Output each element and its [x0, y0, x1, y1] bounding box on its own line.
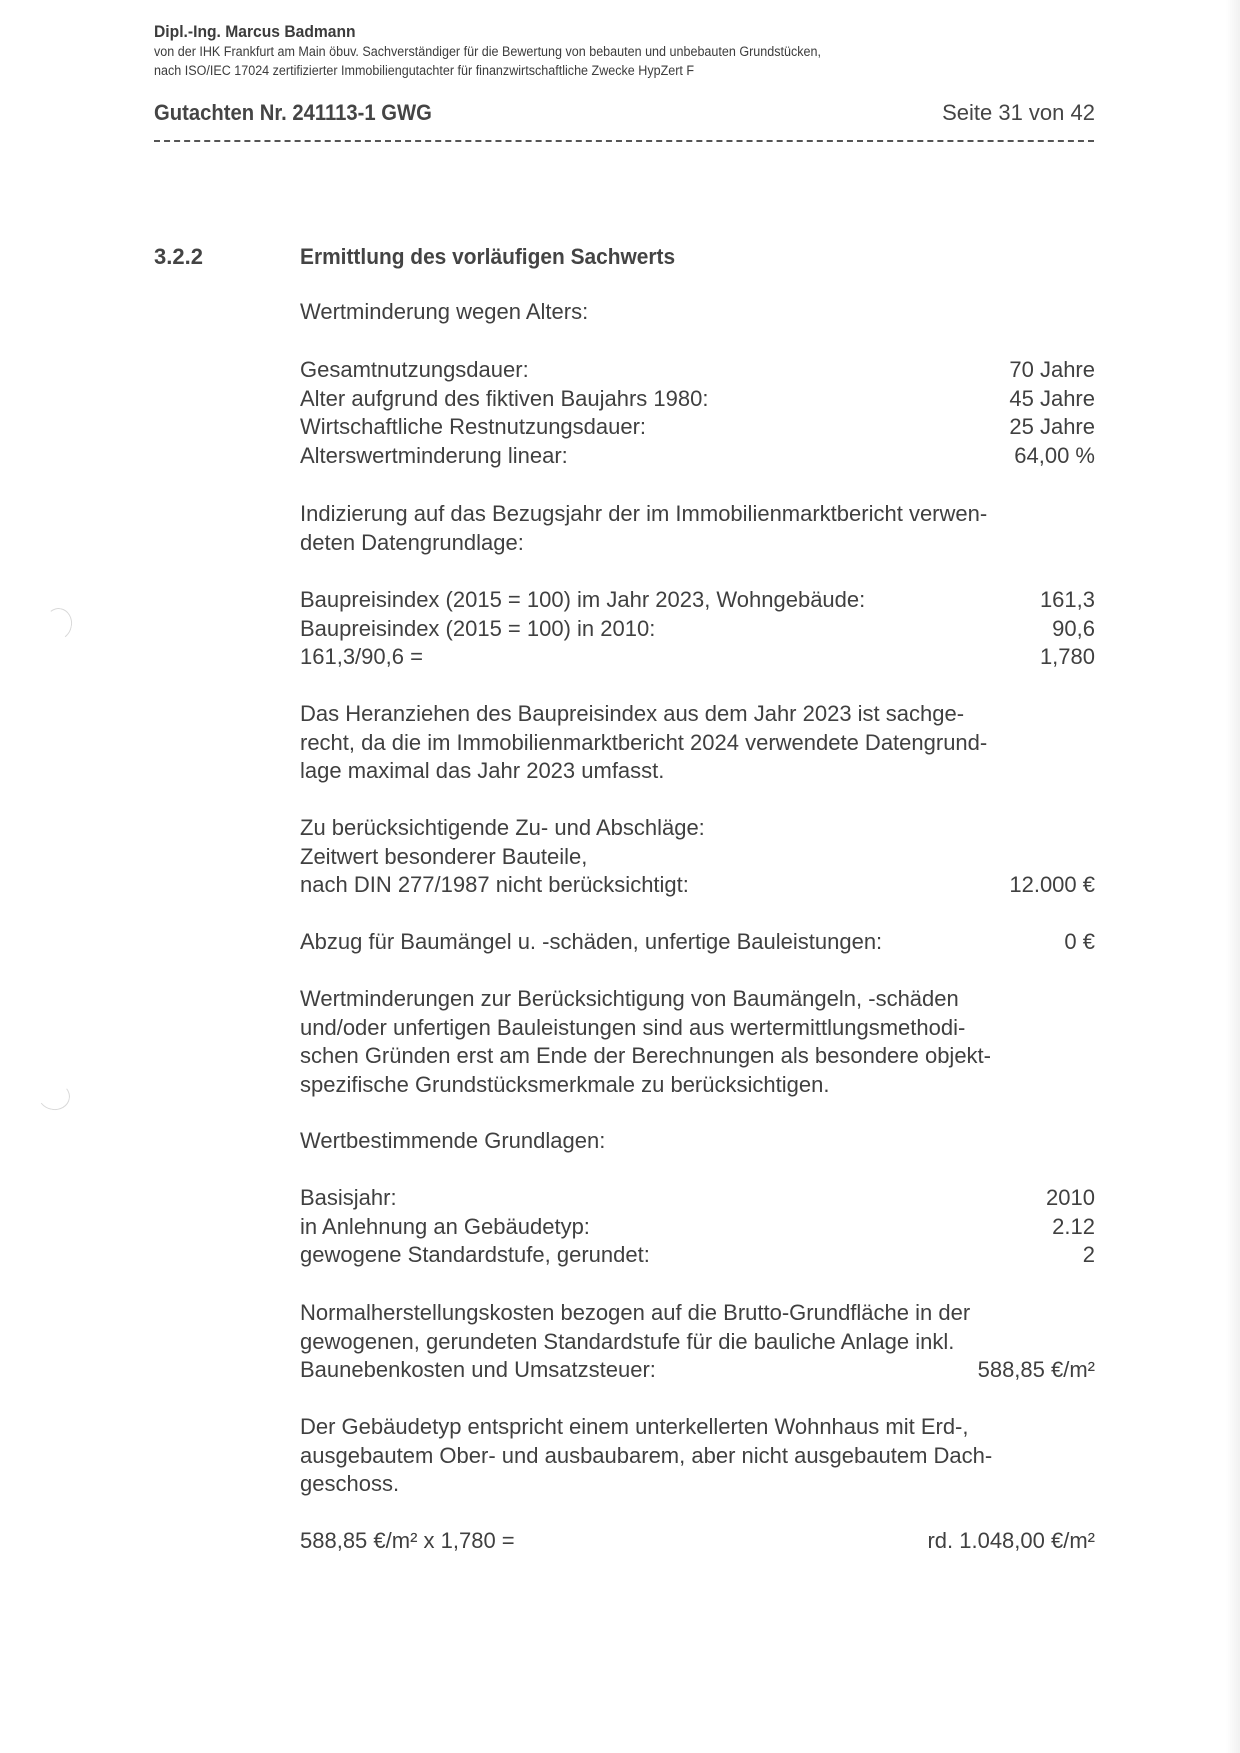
table-row: Baunebenkosten und Umsatzsteuer:588,85 €…	[300, 1356, 1095, 1385]
table-row: 161,3/90,6 =1,780	[300, 643, 1095, 672]
report-number: Gutachten Nr. 241113-1 GWG	[154, 100, 432, 126]
result-row: 588,85 €/m² x 1,780 =rd. 1.048,00 €/m²	[300, 1527, 1095, 1556]
punch-hole-mark	[36, 1079, 72, 1112]
section-number: 3.2.2	[154, 244, 203, 270]
table-row: Basisjahr:2010	[300, 1184, 1095, 1213]
punch-hole-mark	[41, 606, 74, 642]
age-depreciation-table: Gesamtnutzungsdauer:70 Jahre Alter aufgr…	[300, 356, 1095, 470]
author-credential-2: nach ISO/IEC 17024 zertifizierter Immobi…	[154, 63, 1028, 78]
author-credential-1: von der IHK Frankfurt am Main öbuv. Sach…	[154, 44, 1028, 59]
indexing-note: Das Heranziehen des Baupreisindex aus de…	[300, 700, 1095, 786]
section-title: Ermittlung des vorläufigen Sachwerts	[300, 244, 675, 270]
age-depreciation-heading: Wertminderung wegen Alters:	[300, 298, 1095, 327]
header-divider	[154, 140, 1094, 142]
basis-heading: Wertbestimmende Grundlagen:	[300, 1127, 1095, 1156]
table-row: nach DIN 277/1987 nicht berücksichtigt:1…	[300, 871, 1095, 900]
table-row: Baupreisindex (2015 = 100) im Jahr 2023,…	[300, 586, 1095, 615]
adjustments-block: Zu berücksichtigende Zu- und Abschläge: …	[300, 814, 1095, 900]
table-row: Baupreisindex (2015 = 100) in 2010:90,6	[300, 615, 1095, 644]
table-row: Alterswertminderung linear:64,00 %	[300, 442, 1095, 471]
indexing-heading: Indizierung auf das Bezugsjahr der im Im…	[300, 500, 1095, 557]
table-row: Gesamtnutzungsdauer:70 Jahre	[300, 356, 1095, 385]
heading-text: Wertminderung wegen Alters:	[300, 298, 1095, 327]
basis-table: Basisjahr:2010 in Anlehnung an Gebäudety…	[300, 1184, 1095, 1270]
author-name: Dipl.-Ing. Marcus Badmann	[154, 22, 1019, 42]
table-row: in Anlehnung an Gebäudetyp:2.12	[300, 1213, 1095, 1242]
nhk-block: Normalherstellungskosten bezogen auf die…	[300, 1299, 1095, 1385]
adjustments-note: Wertminderungen zur Berücksichtigung von…	[300, 985, 1095, 1099]
indexing-table: Baupreisindex (2015 = 100) im Jahr 2023,…	[300, 586, 1095, 672]
scan-edge-shadow	[1226, 0, 1240, 1753]
building-type-note: Der Gebäudetyp entspricht einem unterkel…	[300, 1413, 1095, 1499]
page-indicator: Seite 31 von 42	[942, 100, 1095, 126]
deduction-row: Abzug für Baumängel u. -schäden, unferti…	[300, 928, 1095, 957]
table-row: Alter aufgrund des fiktiven Baujahrs 198…	[300, 385, 1095, 414]
table-row: Wirtschaftliche Restnutzungsdauer:25 Jah…	[300, 413, 1095, 442]
table-row: gewogene Standardstufe, gerundet:2	[300, 1241, 1095, 1270]
